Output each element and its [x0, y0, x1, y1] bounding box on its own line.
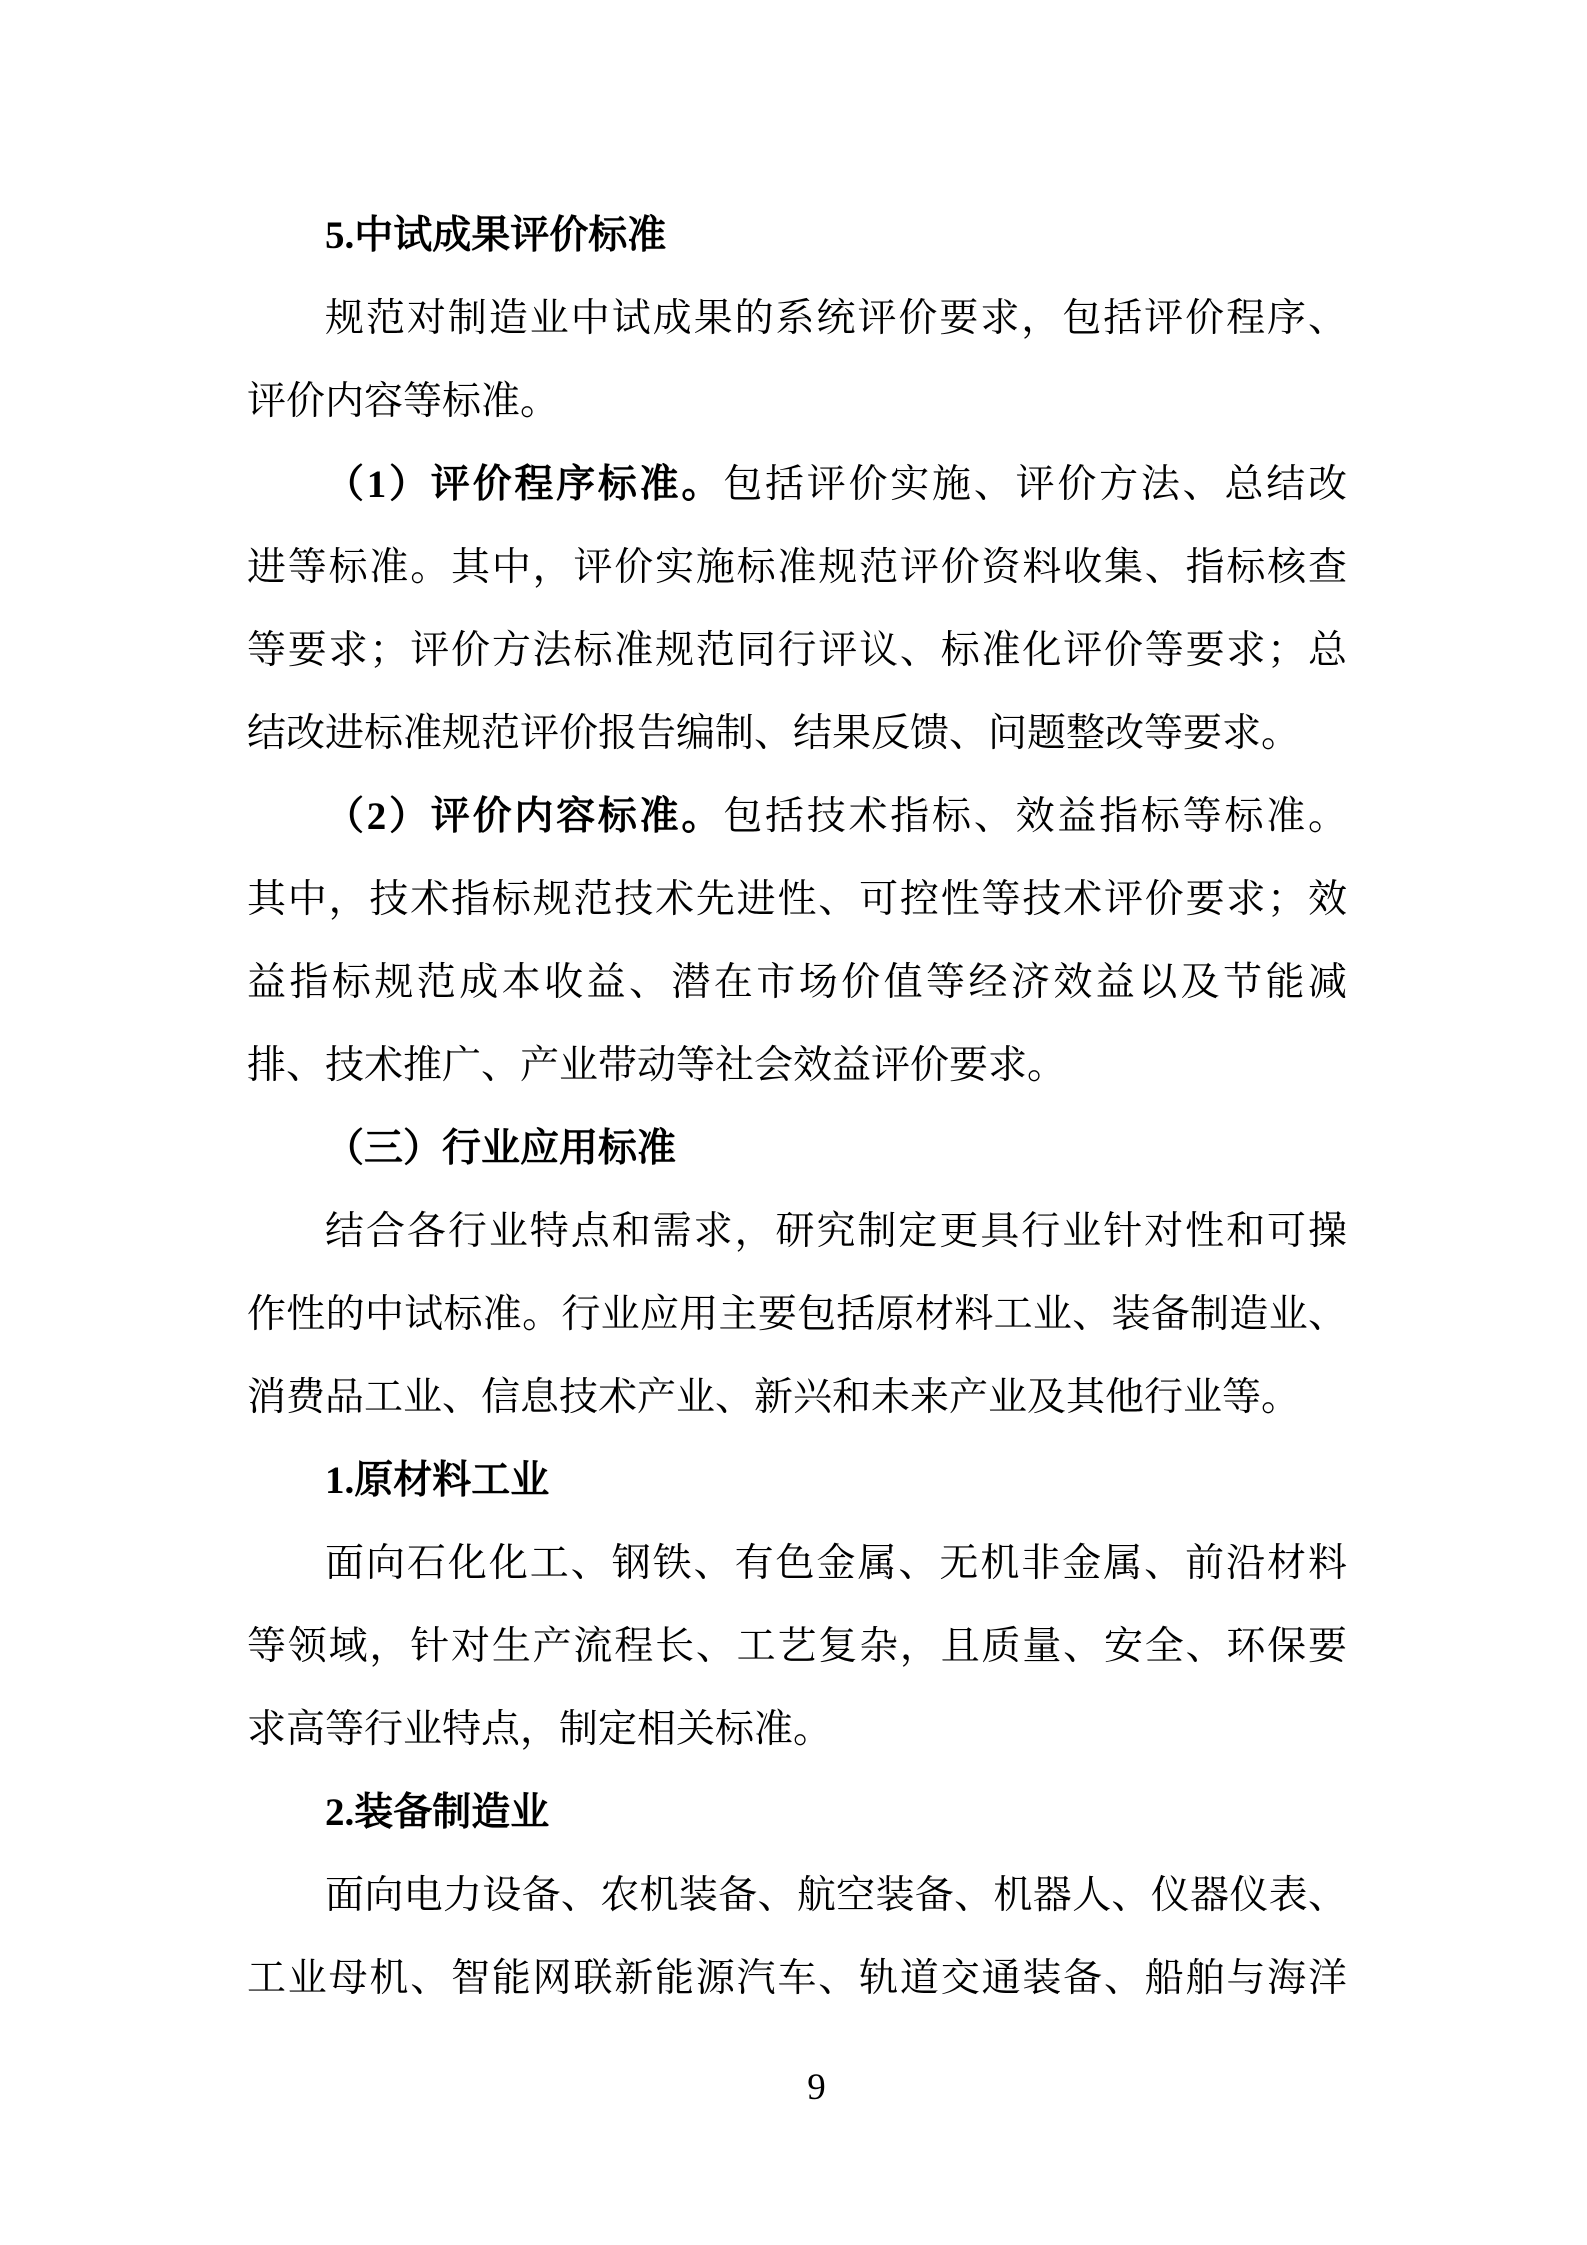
text-line: 进等标准。其中，评价实施标准规范评价资料收集、指标核查	[247, 526, 1347, 609]
section-heading: （三）行业应用标准	[247, 1107, 1347, 1190]
text-line: （2）评价内容标准。包括技术指标、效益指标等标准。	[247, 775, 1347, 858]
text-line: （1）评价程序标准。包括评价实施、评价方法、总结改	[247, 443, 1347, 526]
section-heading: 5.中试成果评价标准	[247, 194, 1347, 277]
text-line: 消费品工业、信息技术产业、新兴和未来产业及其他行业等。	[247, 1356, 1347, 1439]
document-body: 5.中试成果评价标准规范对制造业中试成果的系统评价要求，包括评价程序、评价内容等…	[247, 194, 1347, 2020]
page-number: 9	[807, 2066, 826, 2110]
section-heading: 1.原材料工业	[247, 1439, 1347, 1522]
text-line: 排、技术推广、产业带动等社会效益评价要求。	[247, 1024, 1347, 1107]
paragraph: 规范对制造业中试成果的系统评价要求，包括评价程序、评价内容等标准。	[247, 277, 1347, 443]
text-line: 结改进标准规范评价报告编制、结果反馈、问题整改等要求。	[247, 692, 1347, 775]
text-line: 等领域，针对生产流程长、工艺复杂，且质量、安全、环保要	[247, 1605, 1347, 1688]
paragraph: （2）评价内容标准。包括技术指标、效益指标等标准。其中，技术指标规范技术先进性、…	[247, 775, 1347, 1107]
page-footer: 9	[0, 2066, 1587, 2110]
text-line: 评价内容等标准。	[247, 360, 1347, 443]
paragraph: 结合各行业特点和需求，研究制定更具行业针对性和可操作性的中试标准。行业应用主要包…	[247, 1190, 1347, 1439]
paragraph: （1）评价程序标准。包括评价实施、评价方法、总结改进等标准。其中，评价实施标准规…	[247, 443, 1347, 775]
text-line: 面向电力设备、农机装备、航空装备、机器人、仪器仪表、	[247, 1854, 1347, 1937]
bold-lead-text: （2）评价内容标准。	[325, 795, 723, 838]
text-line: 规范对制造业中试成果的系统评价要求，包括评价程序、	[247, 277, 1347, 360]
paragraph: 面向电力设备、农机装备、航空装备、机器人、仪器仪表、工业母机、智能网联新能源汽车…	[247, 1854, 1347, 2020]
bold-lead-text: （1）评价程序标准。	[325, 463, 723, 506]
text-line: 结合各行业特点和需求，研究制定更具行业针对性和可操	[247, 1190, 1347, 1273]
section-heading: 2.装备制造业	[247, 1771, 1347, 1854]
text-line: 求高等行业特点，制定相关标准。	[247, 1688, 1347, 1771]
paragraph: 面向石化化工、钢铁、有色金属、无机非金属、前沿材料等领域，针对生产流程长、工艺复…	[247, 1522, 1347, 1771]
text-line: 其中，技术指标规范技术先进性、可控性等技术评价要求；效	[247, 858, 1347, 941]
text-line: 益指标规范成本收益、潜在市场价值等经济效益以及节能减	[247, 941, 1347, 1024]
text-line: 等要求；评价方法标准规范同行评议、标准化评价等要求；总	[247, 609, 1347, 692]
text-line: 工业母机、智能网联新能源汽车、轨道交通装备、船舶与海洋	[247, 1937, 1347, 2020]
text-line: 作性的中试标准。行业应用主要包括原材料工业、装备制造业、	[247, 1273, 1347, 1356]
document-page: 5.中试成果评价标准规范对制造业中试成果的系统评价要求，包括评价程序、评价内容等…	[0, 0, 1587, 2245]
text-line: 面向石化化工、钢铁、有色金属、无机非金属、前沿材料	[247, 1522, 1347, 1605]
